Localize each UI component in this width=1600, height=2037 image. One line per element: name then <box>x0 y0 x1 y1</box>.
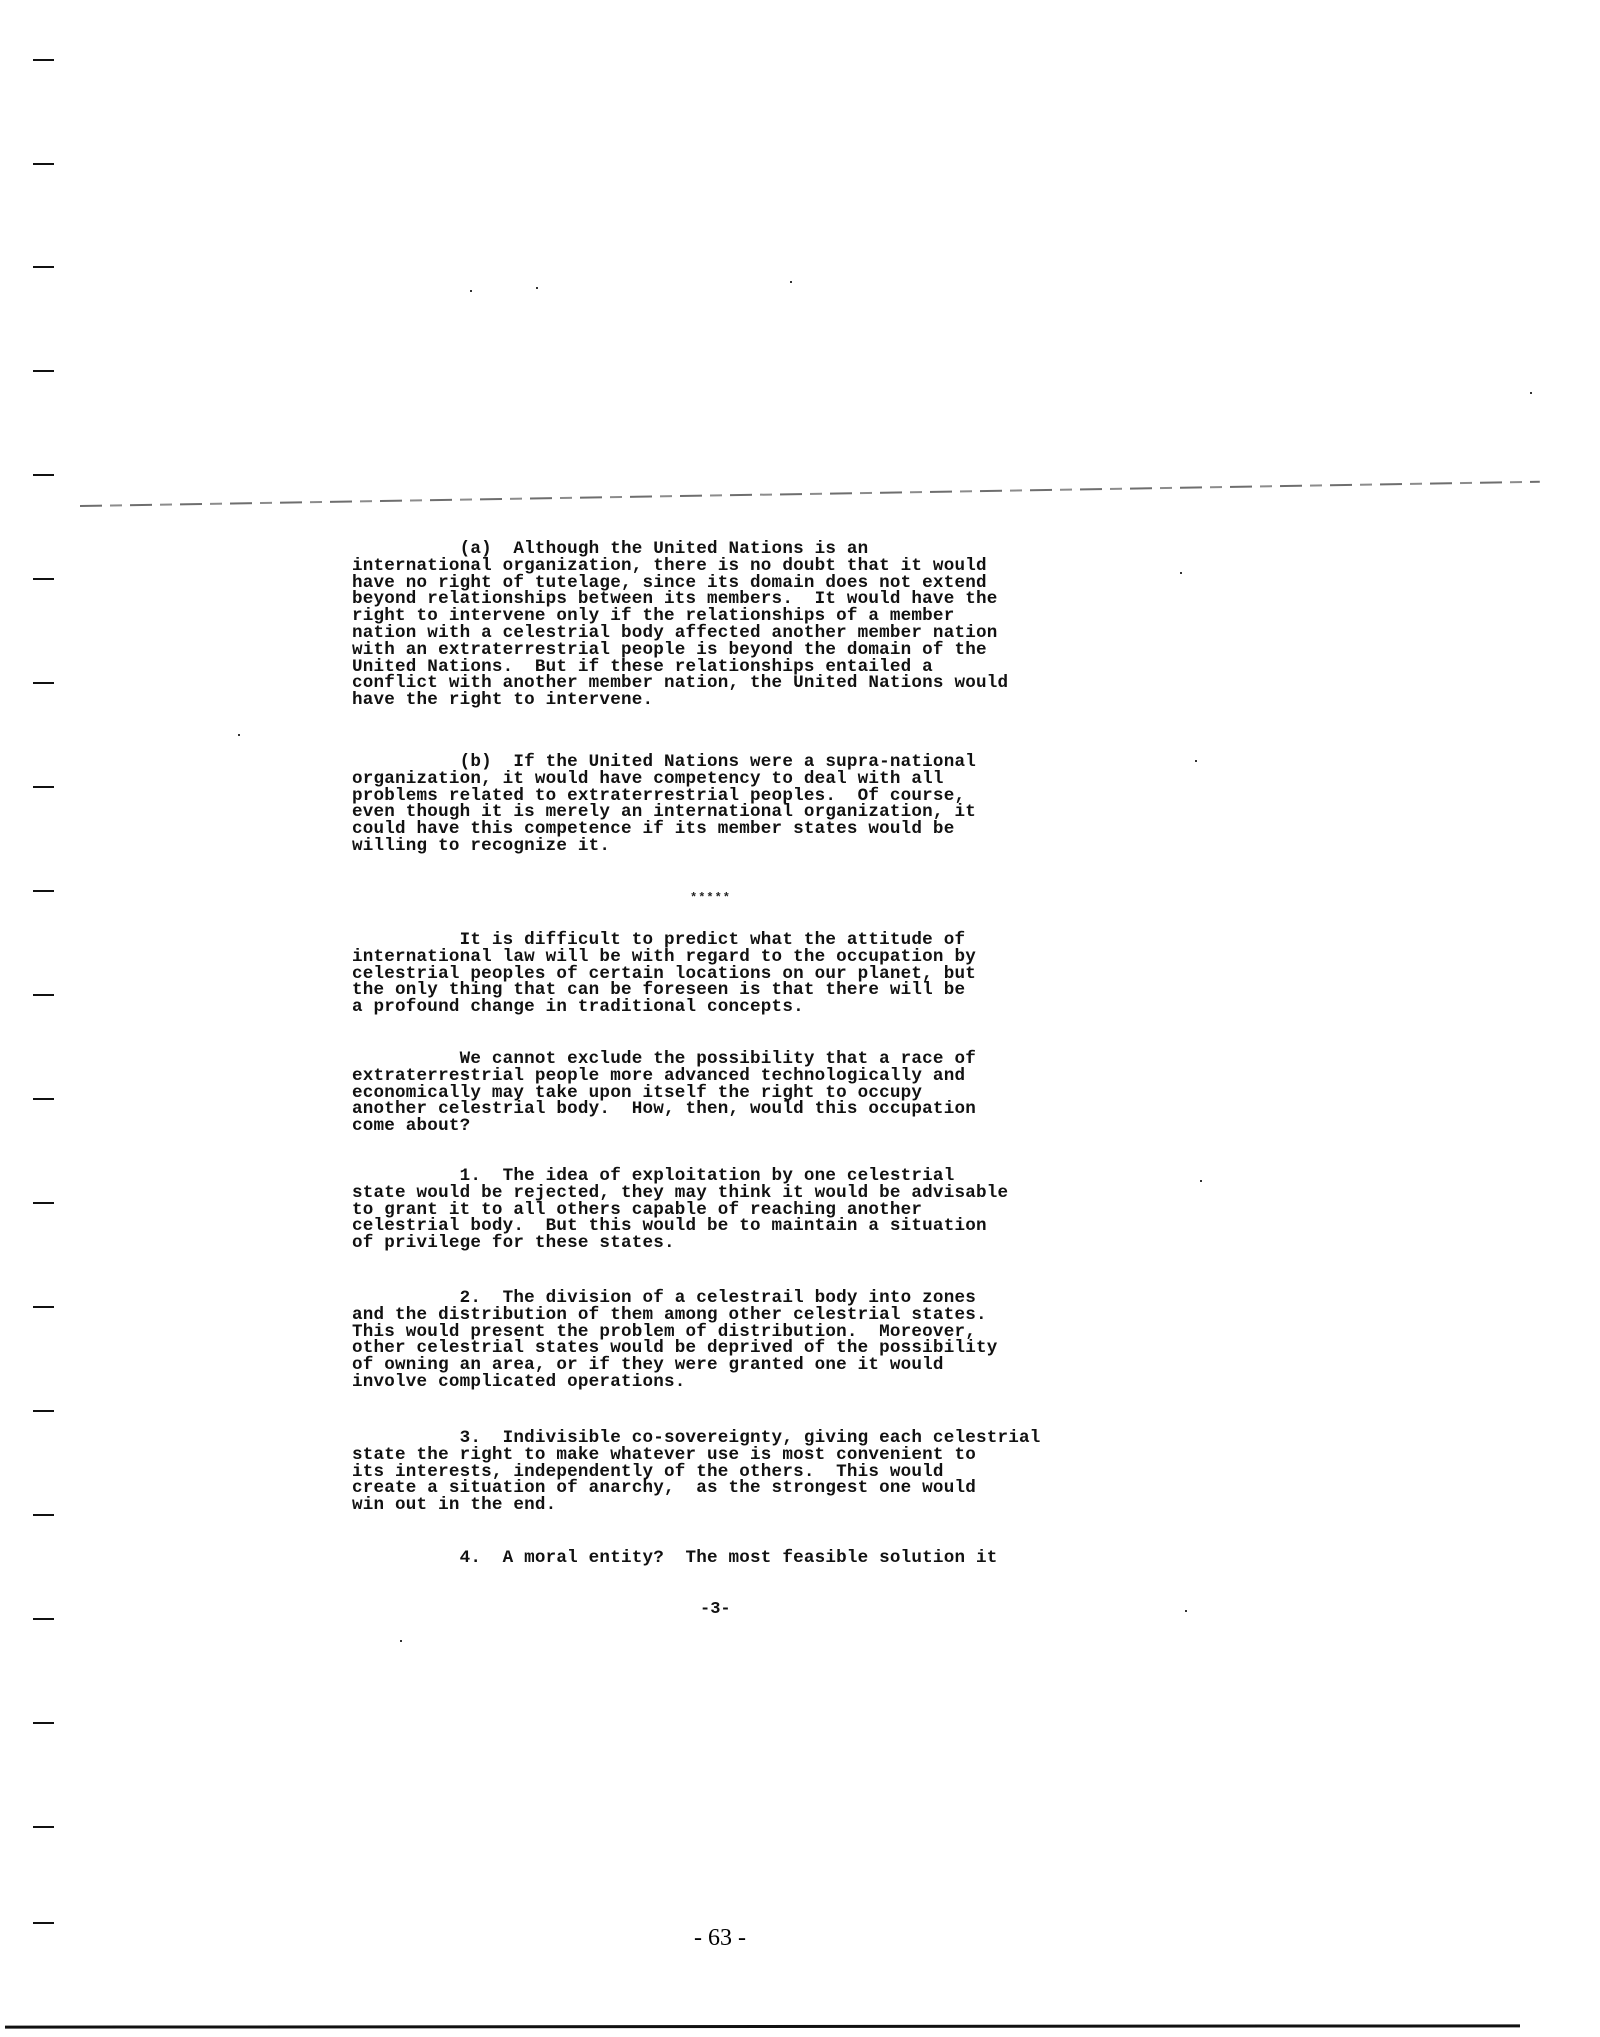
text-line: 4. A moral entity? The most feasible sol… <box>352 1550 1252 1567</box>
margin-tick <box>33 1514 54 1516</box>
margin-tick <box>33 163 54 165</box>
margin-tick <box>33 786 54 788</box>
margin-tick <box>33 1722 54 1724</box>
paragraph-predict-attitude: It is difficult to predict what the atti… <box>352 932 1252 1016</box>
text-line: come about? <box>352 1118 1252 1135</box>
margin-tick <box>33 1922 54 1924</box>
margin-tick <box>33 370 54 372</box>
paragraph-item-1: 1. The idea of exploitation by one celes… <box>352 1168 1252 1252</box>
scan-speck <box>400 1640 402 1642</box>
margin-tick <box>33 1202 54 1204</box>
margin-tick <box>33 1410 54 1412</box>
text-line: a profound change in traditional concept… <box>352 999 1252 1016</box>
margin-tick <box>33 1618 54 1620</box>
original-page-number: -3- <box>700 1600 731 1619</box>
paragraph-item-4: 4. A moral entity? The most feasible sol… <box>352 1550 1252 1567</box>
scan-speck <box>238 734 240 736</box>
scan-speck <box>790 281 792 283</box>
margin-tick <box>33 682 54 684</box>
text-line: have the right to intervene. <box>352 692 1252 709</box>
paragraph-b: (b) If the United Nations were a supra-n… <box>352 754 1252 855</box>
scan-speck <box>1530 392 1532 394</box>
text-line: of privilege for these states. <box>352 1235 1252 1252</box>
paragraph-exclude-possibility: We cannot exclude the possibility that a… <box>352 1051 1252 1135</box>
paragraph-a: (a) Although the United Nations is anint… <box>352 541 1252 709</box>
margin-tick <box>33 1826 54 1828</box>
margin-tick <box>33 474 54 476</box>
scanned-document-page: (a) Although the United Nations is anint… <box>0 0 1600 2037</box>
margin-tick <box>33 1098 54 1100</box>
margin-tick <box>33 59 54 61</box>
scan-speck <box>470 290 472 292</box>
scan-speck <box>1185 1610 1187 1612</box>
text-line: involve complicated operations. <box>352 1374 1252 1391</box>
page-number: - 63 - <box>0 1925 1440 1952</box>
margin-tick <box>33 578 54 580</box>
text-line: win out in the end. <box>352 1497 1252 1514</box>
paragraph-item-3: 3. Indivisible co-sovereignty, giving ea… <box>352 1430 1252 1514</box>
text-line: another celestrial body. How, then, woul… <box>352 1101 1252 1118</box>
scan-fold-line <box>80 481 1540 507</box>
scan-speck <box>536 287 538 289</box>
text-line: willing to recognize it. <box>352 838 1252 855</box>
margin-tick <box>33 994 54 996</box>
paragraph-item-2: 2. The division of a celestrail body int… <box>352 1290 1252 1391</box>
page-bottom-border <box>5 2024 1520 2028</box>
margin-tick <box>33 890 54 892</box>
margin-tick <box>33 1306 54 1308</box>
margin-tick <box>33 266 54 268</box>
section-separator: ***** <box>690 891 731 905</box>
